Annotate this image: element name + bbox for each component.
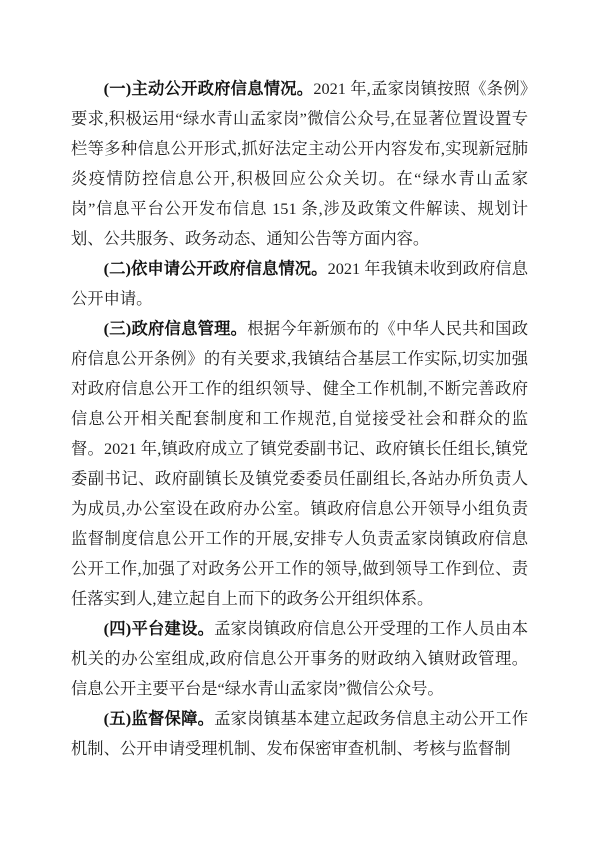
paragraph-2-heading: (二)依申请公开政府信息情况。 — [104, 259, 328, 278]
document-page: (一)主动公开政府信息情况。2021 年,孟家岗镇按照《条例》要求,积极运用“绿… — [0, 0, 600, 848]
paragraph-information-management: (三)政府信息管理。根据今年新颁布的《中华人民共和国政府信息公开条例》的有关要求… — [71, 314, 528, 614]
paragraph-3-heading: (三)政府信息管理。 — [104, 319, 248, 338]
paragraph-disclosure-upon-request: (二)依申请公开政府信息情况。2021 年我镇未收到政府信息公开申请。 — [71, 254, 528, 314]
paragraph-proactive-disclosure: (一)主动公开政府信息情况。2021 年,孟家岗镇按照《条例》要求,积极运用“绿… — [71, 74, 528, 254]
paragraph-3-body: 根据今年新颁布的《中华人民共和国政府信息公开条例》的有关要求,我镇结合基层工作实… — [71, 319, 528, 608]
paragraph-platform-construction: (四)平台建设。孟家岗镇政府信息公开受理的工作人员由本机关的办公室组成,政府信息… — [71, 614, 528, 704]
paragraph-5-heading: (五)监督保障。 — [104, 709, 215, 728]
paragraph-supervision-guarantee: (五)监督保障。孟家岗镇基本建立起政务信息主动公开工作机制、公开申请受理机制、发… — [71, 704, 528, 764]
paragraph-1-heading: (一)主动公开政府信息情况。 — [104, 79, 314, 98]
paragraph-1-body: 2021 年,孟家岗镇按照《条例》要求,积极运用“绿水青山孟家岗”微信公众号,在… — [71, 79, 528, 248]
paragraph-4-heading: (四)平台建设。 — [104, 619, 215, 638]
